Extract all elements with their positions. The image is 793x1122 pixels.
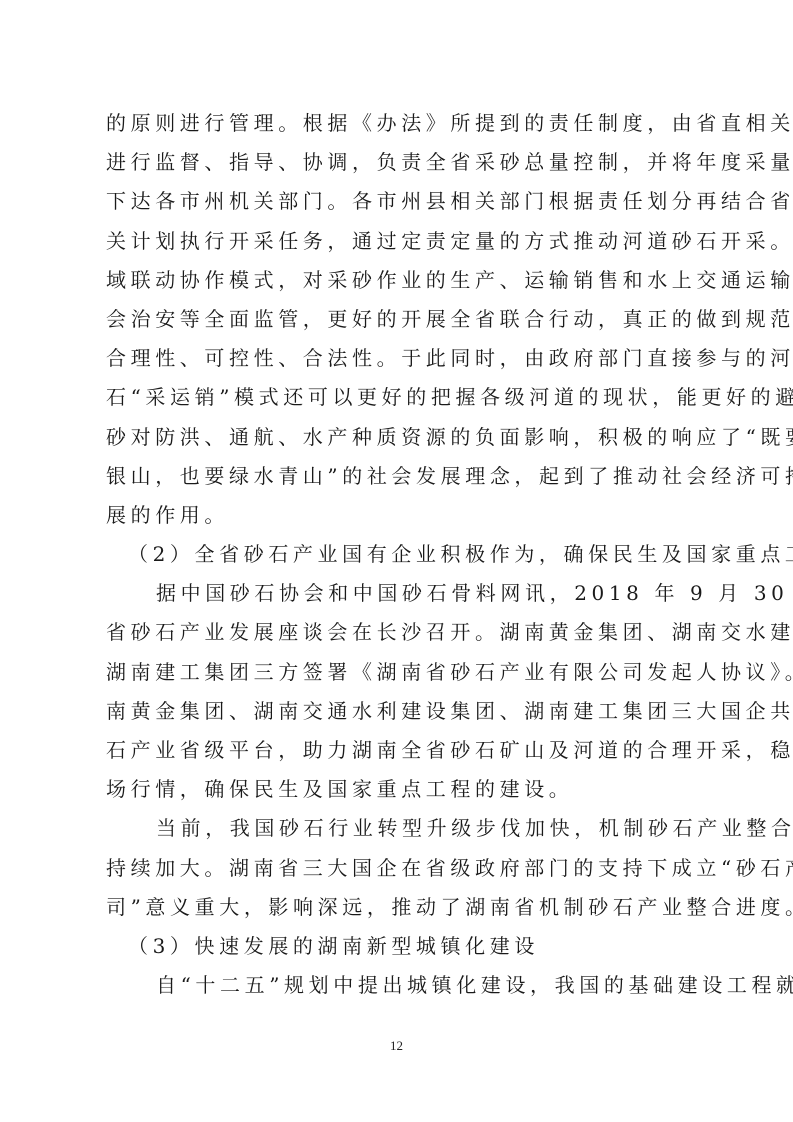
text-line: 当前，我国砂石行业转型升级步伐加快，机制砂石产业整合力度 <box>106 809 710 848</box>
text-line: 司”意义重大，影响深远，推动了湖南省机制砂石产业整合进度。 <box>106 888 710 927</box>
text-line: 会治安等全面监管，更好的开展全省联合行动，真正的做到规范性、 <box>106 300 710 339</box>
text-line: 南黄金集团、湖南交通水利建设集团、湖南建工集团三大国企共建砂 <box>106 692 710 731</box>
section-heading-3: （3）快速发展的湖南新型城镇化建设 <box>106 927 710 966</box>
paragraph-sand-industry-symposium: 据中国砂石协会和中国砂石骨料网讯，2018 年 9 月 30 日，湖南 省砂石产… <box>106 574 710 809</box>
text-line: 合理性、可控性、合法性。于此同时，由政府部门直接参与的河道砂 <box>106 339 710 378</box>
text-line: 下达各市州机关部门。各市州县相关部门根据责任划分再结合省厅相 <box>106 182 710 221</box>
text-line: 关计划执行开采任务，通过定责定量的方式推动河道砂石开采。以区 <box>106 222 710 261</box>
page-number: 12 <box>0 1038 793 1054</box>
heading-text: （2）全省砂石产业国有企业积极作为，确保民生及国家重点工程 <box>106 535 710 574</box>
section-heading-2: （2）全省砂石产业国有企业积极作为，确保民生及国家重点工程 <box>106 535 710 574</box>
text-line: 进行监督、指导、协调，负责全省采砂总量控制，并将年度采量计划 <box>106 143 710 182</box>
document-page: 的原则进行管理。根据《办法》所提到的责任制度，由省直相关部门 进行监督、指导、协… <box>0 0 793 1122</box>
text-line: 场行情，确保民生及国家重点工程的建设。 <box>106 770 710 809</box>
paragraph-regulation-principles: 的原则进行管理。根据《办法》所提到的责任制度，由省直相关部门 进行监督、指导、协… <box>106 104 710 535</box>
text-line: 省砂石产业发展座谈会在长沙召开。湖南黄金集团、湖南交水建集团、 <box>106 613 710 652</box>
text-line: 砂对防洪、通航、水产种质资源的负面影响，积极的响应了“既要金山 <box>106 418 710 457</box>
text-line: 自“十二五”规划中提出城镇化建设，我国的基础建设工程就已 <box>106 966 710 1005</box>
text-line: 的原则进行管理。根据《办法》所提到的责任制度，由省直相关部门 <box>106 104 710 143</box>
text-line: 展的作用。 <box>106 496 710 535</box>
text-line: 银山，也要绿水青山”的社会发展理念，起到了推动社会经济可持续发 <box>106 457 710 496</box>
text-line: 持续加大。湖南省三大国企在省级政府部门的支持下成立“砂石产业公 <box>106 849 710 888</box>
page-body: 的原则进行管理。根据《办法》所提到的责任制度，由省直相关部门 进行监督、指导、协… <box>106 104 710 1005</box>
text-line: 石产业省级平台，助力湖南全省砂石矿山及河道的合理开采，稳定市 <box>106 731 710 770</box>
heading-text: （3）快速发展的湖南新型城镇化建设 <box>106 927 710 966</box>
text-line: 据中国砂石协会和中国砂石骨料网讯，2018 年 9 月 30 日，湖南 <box>106 574 710 613</box>
paragraph-industry-integration: 当前，我国砂石行业转型升级步伐加快，机制砂石产业整合力度 持续加大。湖南省三大国… <box>106 809 710 927</box>
text-line: 域联动协作模式，对采砂作业的生产、运输销售和水上交通运输、社 <box>106 261 710 300</box>
text-line: 石“采运销”模式还可以更好的把握各级河道的现状，能更好的避免采 <box>106 378 710 417</box>
paragraph-urbanization: 自“十二五”规划中提出城镇化建设，我国的基础建设工程就已 <box>106 966 710 1005</box>
text-line: 湖南建工集团三方签署《湖南省砂石产业有限公司发起人协议》。湖 <box>106 653 710 692</box>
